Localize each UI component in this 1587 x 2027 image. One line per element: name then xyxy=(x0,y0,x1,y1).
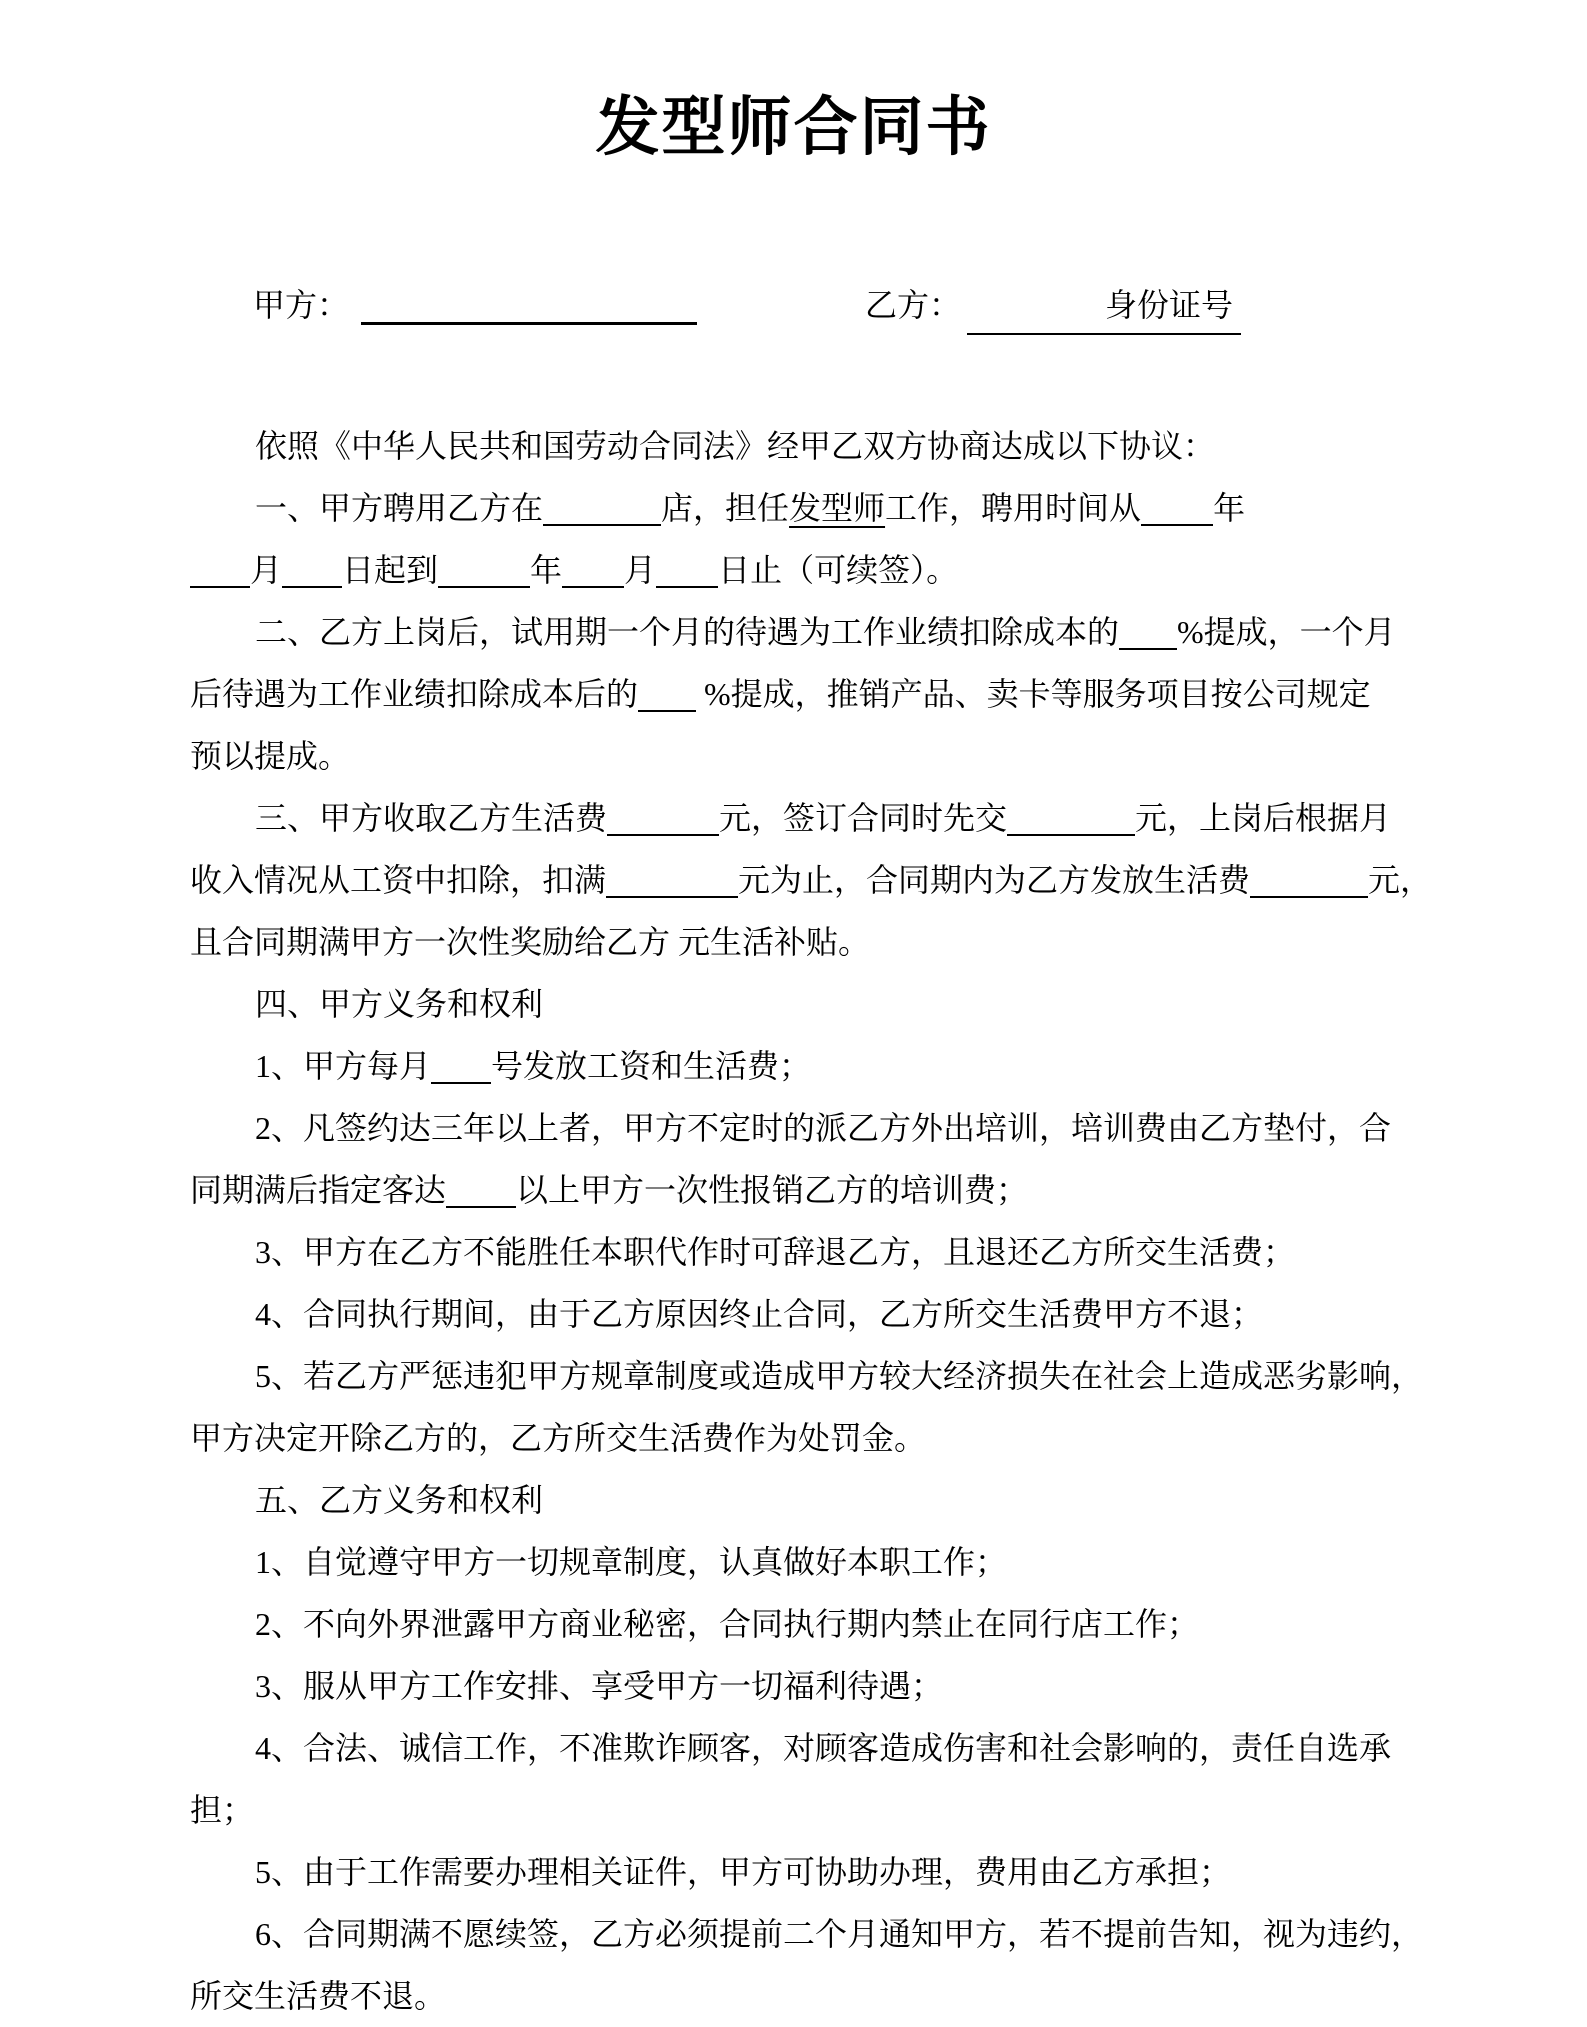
contract-line: 同期满后指定客达以上甲方一次性报销乙方的培训费； xyxy=(190,1159,1450,1221)
line-text: 依照《中华人民共和国劳动合同法》经甲乙双方协商达成以下协议： xyxy=(255,428,1215,464)
party-b-field: 乙方：身份证号 xyxy=(865,280,1241,335)
contract-line: 甲方决定开除乙方的，乙方所交生活费作为处罚金。 xyxy=(190,1407,1450,1469)
line-text: 一、甲方聘用乙方在 xyxy=(255,490,543,526)
party-row: 甲方： 乙方：身份证号 xyxy=(0,280,1587,326)
line-text: 同期满后指定客达 xyxy=(190,1172,446,1208)
contract-line: 三、甲方收取乙方生活费元，签订合同时先交元，上岗后根据月 xyxy=(190,787,1515,849)
party-a-field: 甲方： xyxy=(253,280,697,326)
party-b-fill-text: 身份证号 xyxy=(1105,287,1233,323)
fill-in-blank xyxy=(1141,524,1213,526)
fill-in-blank xyxy=(282,586,342,588)
party-b-label: 乙方： xyxy=(865,287,961,323)
line-text: 四、甲方义务和权利 xyxy=(255,986,543,1022)
contract-line: 3、服从甲方工作安排、享受甲方一切福利待遇； xyxy=(190,1655,1515,1717)
line-text: %提成，一个月 xyxy=(1177,614,1396,650)
contract-line: 后待遇为工作业绩扣除成本后的 %提成，推销产品、卖卡等服务项目按公司规定 xyxy=(190,663,1450,725)
line-text: 2、凡签约达三年以上者，甲方不定时的派乙方外出培训，培训费由乙方垫付，合 xyxy=(255,1110,1391,1146)
line-text: 号发放工资和生活费； xyxy=(491,1048,811,1084)
line-text: 担； xyxy=(190,1792,254,1828)
contract-line: 3、甲方在乙方不能胜任本职代作时可辞退乙方，且退还乙方所交生活费； xyxy=(190,1221,1515,1283)
line-text: 元，上岗后根据月 xyxy=(1135,800,1391,836)
contract-line: 担； xyxy=(190,1779,1450,1841)
fill-in-blank xyxy=(656,586,718,588)
line-text: 3、甲方在乙方不能胜任本职代作时可辞退乙方，且退还乙方所交生活费； xyxy=(255,1234,1295,1270)
fill-in-blank xyxy=(438,586,530,588)
fill-in-blank xyxy=(638,710,696,712)
contract-line: 四、甲方义务和权利 xyxy=(190,973,1515,1035)
line-text: 三、甲方收取乙方生活费 xyxy=(255,800,607,836)
contract-line: 4、合同执行期间，由于乙方原因终止合同，乙方所交生活费甲方不退； xyxy=(190,1283,1515,1345)
contract-line: 二、乙方上岗后，试用期一个月的待遇为工作业绩扣除成本的%提成，一个月 xyxy=(190,601,1515,663)
line-text: 月 xyxy=(624,552,656,588)
line-text: 日起到 xyxy=(342,552,438,588)
contract-line: 4、合法、诚信工作，不准欺诈顾客，对顾客造成伤害和社会影响的，责任自选承 xyxy=(190,1717,1515,1779)
contract-line: 预以提成。 xyxy=(190,725,1450,787)
line-text: 收入情况从工资中扣除，扣满 xyxy=(190,862,606,898)
line-text: 1、自觉遵守甲方一切规章制度，认真做好本职工作； xyxy=(255,1544,1007,1580)
contract-line: 一、甲方聘用乙方在店，担任发型师工作，聘用时间从年 xyxy=(190,477,1515,539)
line-text: 4、合同执行期间，由于乙方原因终止合同，乙方所交生活费甲方不退； xyxy=(255,1296,1263,1332)
contract-line: 2、不向外界泄露甲方商业秘密，合同执行期内禁止在同行店工作； xyxy=(190,1593,1515,1655)
contract-line: 且合同期满甲方一次性奖励给乙方 元生活补贴。 xyxy=(190,911,1450,973)
line-text: 五、乙方义务和权利 xyxy=(255,1482,543,1518)
line-text: 预以提成。 xyxy=(190,738,350,774)
line-text: 二、乙方上岗后，试用期一个月的待遇为工作业绩扣除成本的 xyxy=(255,614,1119,650)
line-text: 元为止，合同期内为乙方发放生活费 xyxy=(738,862,1250,898)
party-b-blank-line: 身份证号 xyxy=(967,280,1241,335)
contract-line: 1、自觉遵守甲方一切规章制度，认真做好本职工作； xyxy=(190,1531,1515,1593)
contract-line: 月日起到年月日止（可续签）。 xyxy=(190,539,1450,601)
line-text: 所交生活费不退。 xyxy=(190,1978,446,2014)
line-text: %提成，推销产品、卖卡等服务项目按公司规定 xyxy=(696,676,1371,712)
contract-page: 发型师合同书 甲方： 乙方：身份证号 依照《中华人民共和国劳动合同法》经甲乙双方… xyxy=(0,0,1587,2027)
fill-in-blank xyxy=(1119,648,1177,650)
line-text: 店，担任 xyxy=(661,490,789,526)
party-a-label: 甲方： xyxy=(253,287,349,323)
line-text: 6、合同期满不愿续签，乙方必须提前二个月通知甲方，若不提前告知，视为违约， xyxy=(255,1916,1423,1952)
contract-body: 依照《中华人民共和国劳动合同法》经甲乙双方协商达成以下协议：一、甲方聘用乙方在店… xyxy=(0,415,1587,2027)
line-text: 年 xyxy=(530,552,562,588)
line-text: 5、由于工作需要办理相关证件，甲方可协助办理，费用由乙方承担； xyxy=(255,1854,1231,1890)
contract-line: 依照《中华人民共和国劳动合同法》经甲乙双方协商达成以下协议： xyxy=(190,415,1515,477)
fill-in-blank xyxy=(607,834,719,836)
line-text: 元，签订合同时先交 xyxy=(719,800,1007,836)
contract-line: 1、甲方每月号发放工资和生活费； xyxy=(190,1035,1515,1097)
contract-line: 所交生活费不退。 xyxy=(190,1965,1450,2027)
line-text: 2、不向外界泄露甲方商业秘密，合同执行期内禁止在同行店工作； xyxy=(255,1606,1199,1642)
contract-line: 5、由于工作需要办理相关证件，甲方可协助办理，费用由乙方承担； xyxy=(190,1841,1515,1903)
line-text: 甲方决定开除乙方的，乙方所交生活费作为处罚金。 xyxy=(190,1420,926,1456)
line-text: 5、若乙方严惩违犯甲方规章制度或造成甲方较大经济损失在社会上造成恶劣影响， xyxy=(255,1358,1423,1394)
line-text: 元， xyxy=(1368,862,1432,898)
page-title: 发型师合同书 xyxy=(0,0,1587,168)
fill-in-blank xyxy=(1250,896,1368,898)
line-text: 日止（可续签）。 xyxy=(718,552,958,588)
line-text: 1、甲方每月 xyxy=(255,1048,431,1084)
line-text: 以上甲方一次性报销乙方的培训费； xyxy=(516,1172,1028,1208)
line-text: 3、服从甲方工作安排、享受甲方一切福利待遇； xyxy=(255,1668,943,1704)
contract-line: 五、乙方义务和权利 xyxy=(190,1469,1515,1531)
contract-line: 2、凡签约达三年以上者，甲方不定时的派乙方外出培训，培训费由乙方垫付，合 xyxy=(190,1097,1515,1159)
party-a-blank-line xyxy=(361,322,697,325)
contract-line: 收入情况从工资中扣除，扣满元为止，合同期内为乙方发放生活费元， xyxy=(190,849,1450,911)
fill-in-blank xyxy=(543,524,661,526)
contract-line: 5、若乙方严惩违犯甲方规章制度或造成甲方较大经济损失在社会上造成恶劣影响， xyxy=(190,1345,1515,1407)
line-text: 4、合法、诚信工作，不准欺诈顾客，对顾客造成伤害和社会影响的，责任自选承 xyxy=(255,1730,1391,1766)
contract-line: 6、合同期满不愿续签，乙方必须提前二个月通知甲方，若不提前告知，视为违约， xyxy=(190,1903,1515,1965)
fill-in-blank xyxy=(446,1206,516,1208)
line-text: 工作，聘用时间从 xyxy=(885,490,1141,526)
line-text: 且合同期满甲方一次性奖励给乙方 元生活补贴。 xyxy=(190,924,870,960)
fill-in-blank xyxy=(431,1082,491,1084)
fill-in-blank xyxy=(190,586,250,588)
line-text: 月 xyxy=(250,552,282,588)
line-text: 后待遇为工作业绩扣除成本后的 xyxy=(190,676,638,712)
line-text: 年 xyxy=(1213,490,1245,526)
fill-in-blank xyxy=(562,586,624,588)
underlined-text: 发型师 xyxy=(789,490,885,526)
fill-in-blank xyxy=(606,896,738,898)
fill-in-blank xyxy=(1007,834,1135,836)
